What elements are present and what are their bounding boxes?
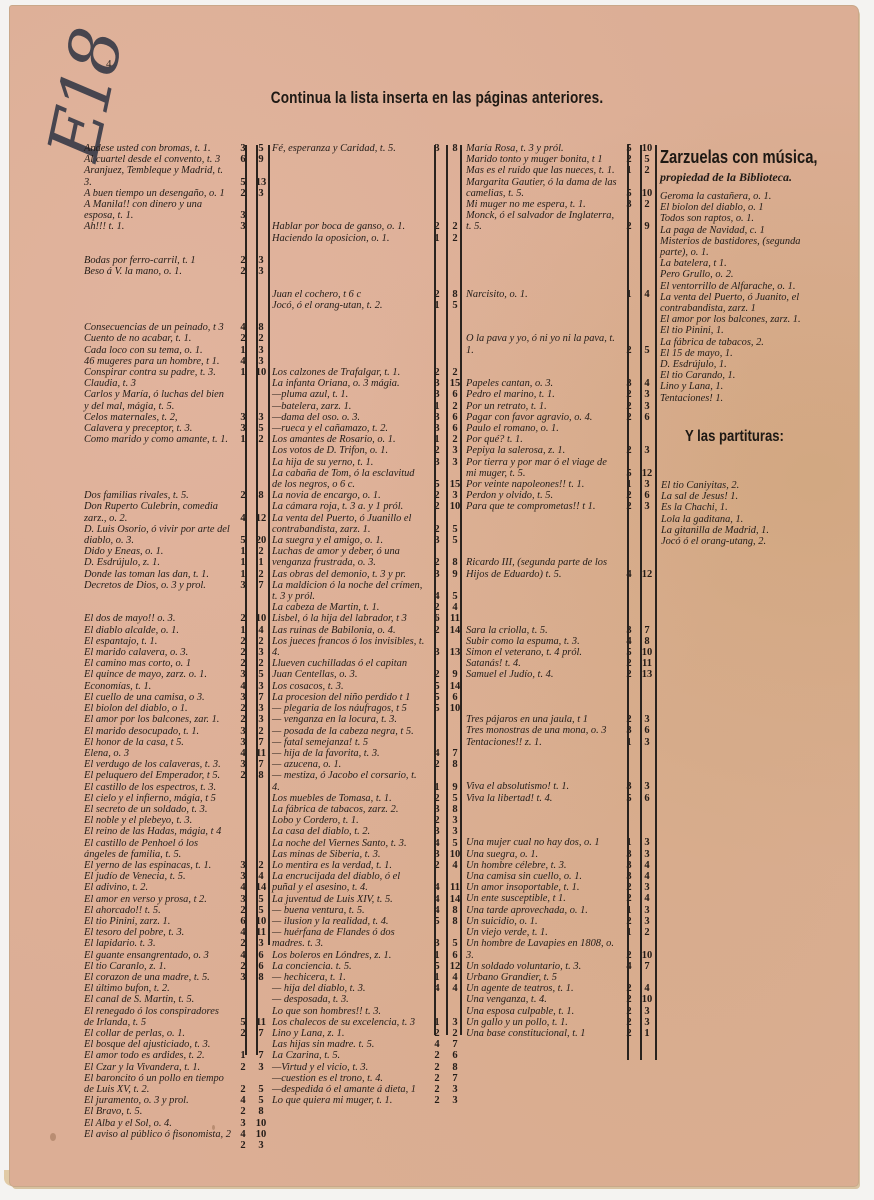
play-title: El tio Caranlo, z. 1. — [84, 961, 234, 972]
count-a: 4 — [428, 905, 446, 916]
count-a: 2 — [234, 255, 252, 266]
count-a: 3 — [234, 972, 252, 983]
play-title: Claudia, t. 3 — [84, 378, 234, 389]
partituras-list: El tio Caniyitas, 2.La sal de Jesus! 1.E… — [661, 480, 830, 547]
count-a: 3 — [234, 894, 252, 905]
count-a: 3 — [620, 860, 638, 871]
count-a: 3 — [234, 692, 252, 703]
play-title: Viva la libertad! t. 4. — [466, 793, 620, 804]
catalog-entry: El camino mas corto, o. 122 — [84, 658, 270, 669]
count-a: 2 — [234, 266, 252, 277]
list-item: El ventorrillo de Alfarache, o. 1. — [660, 281, 830, 292]
count-a: 1 — [428, 950, 446, 961]
catalog-entry: Economías, t. 1.43 — [84, 681, 270, 692]
count-b: 6 — [446, 1050, 464, 1061]
count-b: 10 — [252, 1129, 270, 1140]
count-b: 7 — [446, 1039, 464, 1050]
count-a: 2 — [620, 501, 638, 512]
catalog-entry: El amor por los balcones, zar. 1.23 — [84, 714, 270, 725]
count-a: 5 — [620, 468, 638, 479]
catalog-entry: D. Luis Osorio, ó vivir por arte del dia… — [84, 524, 270, 546]
play-title: Samuel el Judío, t. 4. — [466, 669, 620, 680]
catalog-entry: El Bravo, t. 5.28 — [84, 1106, 270, 1117]
count-a: 2 — [620, 994, 638, 1005]
count-a: 3 — [620, 871, 638, 882]
play-title: —Virtud y el vicio, t. 3. — [272, 1062, 428, 1073]
play-title: El lapidario. t. 3. — [84, 938, 234, 949]
catalog-entry: El cielo y el infierno, mágia, t 5 — [84, 793, 270, 804]
play-title: El peluquero del Emperador, t 5. — [84, 770, 234, 781]
count-b: 11 — [252, 1017, 270, 1028]
play-title: El camino mas corto, o. 1 — [84, 658, 234, 669]
count-a: 3 — [428, 457, 446, 468]
count-a: 2 — [234, 938, 252, 949]
play-title: — mestiza, ó Jacobo el corsario, t. 4. — [272, 770, 428, 792]
count-a: 1 — [234, 1050, 252, 1061]
count-a: 1 — [620, 737, 638, 748]
count-a: 4 — [234, 681, 252, 692]
count-a: 2 — [620, 893, 638, 904]
section-gap — [84, 233, 270, 255]
play-title: La casa del diablo, t. 2. — [272, 826, 428, 837]
count-a: 4 — [428, 838, 446, 849]
column-rule — [245, 145, 247, 1055]
play-title: La infanta Oriana, o. 3 mágia. — [272, 378, 428, 389]
count-a: 1 — [234, 625, 252, 636]
list-item: Jocó ó el orang-utang, 2. — [661, 536, 830, 547]
catalog-entry: El secreto de un soldado, t. 3. — [84, 804, 270, 815]
count-a: 1 — [428, 972, 446, 983]
list-item: El 15 de mayo, 1. — [660, 348, 830, 359]
count-b: 3 — [446, 1095, 464, 1106]
count-a: 4 — [234, 927, 252, 938]
zarzuelas-subheading: propiedad de la Biblioteca. — [660, 170, 830, 185]
column-rule — [640, 145, 642, 1060]
play-title: — hechicera, t. 1. — [272, 972, 428, 983]
play-title: D. Luis Osorio, ó vivir por arte del dia… — [84, 524, 234, 546]
count-a: 2 — [234, 961, 252, 972]
catalog-entry: El tio Pinini, zarz. 1.610 — [84, 916, 270, 927]
play-title: Haciendo la oposicion, o. 1. — [272, 233, 428, 244]
column-rule — [434, 145, 436, 1035]
play-title: Las hijas sin madre. t. 5. — [272, 1039, 428, 1050]
section-gap — [84, 591, 270, 613]
count-a: 1 — [620, 927, 638, 938]
play-title: La juventud de Luis XIV, t. 5. — [272, 894, 428, 905]
play-title: Los votos de D. Trifon, o. 1. — [272, 445, 428, 456]
play-title: Luchas de amor y deber, ó una venganza f… — [272, 546, 428, 568]
play-title: El cielo y el infierno, mágia, t 5 — [84, 793, 234, 804]
play-title: Pagar con favor agravio, o. 4. — [466, 412, 620, 423]
play-title: Mi muger no me espera, t. 1. — [466, 199, 620, 210]
count-a: 6 — [428, 613, 446, 624]
catalog-entry: El judío de Venecia, t. 5.34 — [84, 871, 270, 882]
count-a: 3 — [234, 860, 252, 871]
catalog-entry: Carlos y María, ó luchas del bien y del … — [84, 389, 270, 411]
list-item: El tio Caniyitas, 2. — [661, 480, 830, 491]
play-title: Simon el veterano, t. 4 pról. — [466, 647, 620, 658]
play-title: Lo que quiera mi muger, t. 1. — [272, 1095, 428, 1106]
play-title: Bodas por ferro-carril, t. 1 — [84, 255, 234, 266]
count-a: 2 — [428, 1084, 446, 1095]
play-title: Paulo el romano, o. 1. — [466, 423, 620, 434]
column-rule — [256, 145, 258, 1055]
count-a: 2 — [428, 524, 446, 535]
count-a: 2 — [428, 1028, 446, 1039]
play-title: El castillo de Penhoel ó los ángeles de … — [84, 838, 234, 860]
count-b: 5 — [252, 1084, 270, 1095]
play-title: Aranjuez, Tembleque y Madrid, t. 3. — [84, 165, 234, 187]
catalog-entry: El castillo de Penhoel ó los ángeles de … — [84, 838, 270, 860]
count-a: 3 — [234, 412, 252, 423]
count-a: 2 — [234, 1084, 252, 1095]
count-a: 4 — [428, 983, 446, 994]
count-a: 4 — [234, 356, 252, 367]
count-a: 3 — [234, 423, 252, 434]
count-a: 3 — [428, 938, 446, 949]
catalog-entry: El peluquero del Emperador, t 5.28 — [84, 770, 270, 781]
catalog-entry: —despedida ó el amante á dieta, 123 — [272, 1084, 464, 1095]
play-title: La venta del Puerto, ó Juanillo el contr… — [272, 513, 428, 535]
play-title: El quince de mayo, zarz. o. 1. — [84, 669, 234, 680]
play-title: Mas es el ruido que las nueces, t. 1. — [466, 165, 620, 176]
play-title: —dama del oso. o. 3. — [272, 412, 428, 423]
catalog-entry: Claudia, t. 3 — [84, 378, 270, 389]
play-title: —rueca y el cañamazo, t. 2. — [272, 423, 428, 434]
count-a: 6 — [234, 154, 252, 165]
count-a: 1 — [234, 434, 252, 445]
play-title: D. Esdrújulo, z. 1. — [84, 557, 234, 568]
count-a: 2 — [234, 490, 252, 501]
count-a: 2 — [428, 1095, 446, 1106]
count-a: 5 — [620, 793, 638, 804]
count-a: 1 — [620, 837, 638, 848]
play-title: Tres pájaros en una jaula, t 1 — [466, 714, 620, 725]
count-a: 3 — [234, 871, 252, 882]
catalog-entry: El corazon de una madre, t. 5.38 — [84, 972, 270, 983]
play-title: —despedida ó el amante á dieta, 1 — [272, 1084, 428, 1095]
count-a: 5 — [620, 143, 638, 154]
count-a: 2 — [620, 221, 638, 232]
count-a: 3 — [620, 625, 638, 636]
count-a: 4 — [234, 882, 252, 893]
list-item: La venta del Puerto, ó Juanito, el contr… — [660, 292, 830, 314]
play-title: Subir como la espuma, t. 3. — [466, 636, 620, 647]
count-a: 2 — [234, 1140, 252, 1151]
paper-stain — [212, 1125, 215, 1130]
play-title: El diablo alcalde, o. 1. — [84, 625, 234, 636]
catalog-entry: El biolon del diablo, o 1.23 — [84, 703, 270, 714]
count-a: 4 — [428, 748, 446, 759]
play-title: Consecuencias de un peinado, t 3 — [84, 322, 234, 333]
count-a: 3 — [620, 199, 638, 210]
count-a: 3 — [428, 849, 446, 860]
count-a: 2 — [234, 714, 252, 725]
catalog-entry: El marido calavera, o. 3.23 — [84, 647, 270, 658]
count-a: 3 — [428, 647, 446, 658]
play-title: Monck, ó el salvador de Inglaterra, t. 5… — [466, 210, 620, 232]
catalog-entry: El collar de perlas, o. 1.27 — [84, 1028, 270, 1039]
play-title: El honor de la casa, t 5. — [84, 737, 234, 748]
play-title: Como marido y como amante, t. 1. — [84, 434, 234, 445]
count-a: 1 — [620, 289, 638, 300]
count-a: 1 — [620, 165, 638, 176]
play-title: El espantajo, t. 1. — [84, 636, 234, 647]
count-a: 3 — [620, 725, 638, 736]
count-a: 5 — [428, 479, 446, 490]
list-item: Es la Chachi, 1. — [661, 502, 830, 513]
catalog-entry: D. Esdrújulo, z. 1.11 — [84, 557, 270, 568]
catalog-entry: El juramento, o. 3 y prol.45 — [84, 1095, 270, 1106]
list-item: El amor por los balcones, zarz. 1. — [660, 314, 830, 325]
count-a: 5 — [234, 535, 252, 546]
play-title: Las ruinas de Babilonia, o. 4. — [272, 625, 428, 636]
count-a: 2 — [620, 412, 638, 423]
play-title: El castillo de los espectros, t. 3. — [84, 782, 234, 793]
play-title: Elena, o. 3 — [84, 748, 234, 759]
play-title: El tesoro del pobre, t. 3. — [84, 927, 234, 938]
count-a: 2 — [428, 815, 446, 826]
catalog-entry: Ah!!! t. 1.3 — [84, 221, 270, 232]
count-a: 2 — [620, 983, 638, 994]
catalog-entry: El noble y el plebeyo, t. 3. — [84, 815, 270, 826]
play-title: El biolon del diablo, o 1. — [84, 703, 234, 714]
catalog-entry: El tio Caranlo, z. 1.26 — [84, 961, 270, 972]
count-a: 2 — [428, 557, 446, 568]
play-title: La encrucijada del diablo, ó el puñal y … — [272, 871, 428, 893]
paper-stain — [50, 1133, 56, 1141]
catalog-entry: Dos familias rivales, t. 5.28 — [84, 490, 270, 501]
play-title: La conciencia. t. 5. — [272, 961, 428, 972]
catalog-entry: Al cuartel desde el convento, t. 369 — [84, 154, 270, 165]
play-title: Tentaciones!! z. 1. — [466, 737, 620, 748]
count-a: 2 — [428, 1073, 446, 1084]
count-a: 2 — [620, 658, 638, 669]
column-rule — [268, 145, 270, 945]
catalog-entry: El guante ensangrentado, o. 346 — [84, 950, 270, 961]
play-title: El yerno de las espinacas, t. 1. — [84, 860, 234, 871]
count-a: 2 — [234, 188, 252, 199]
catalog-entry: A buen tiempo un desengaño, o. 123 — [84, 188, 270, 199]
play-title: Lo que son hombres!! t. 3. — [272, 1006, 428, 1017]
play-title: La maldicion ó la noche del crímen, t. 3… — [272, 580, 428, 602]
count-a: 3 — [620, 378, 638, 389]
play-title: La cabeza de Martin, t. 1. — [272, 602, 428, 613]
catalog-column-1: Andese usted con bromas, t. 1.35Al cuart… — [84, 143, 270, 1151]
play-title: — plegaria de los náufragos, t 5 — [272, 703, 428, 714]
play-title: Conspirar contra su padre, t. 3. — [84, 367, 234, 378]
count-a: 3 — [428, 412, 446, 423]
play-title: Ricardo III, (segunda parte de los Hijos… — [466, 557, 620, 579]
count-a: 1 — [428, 300, 446, 311]
play-title: El marido calavera, o. 3. — [84, 647, 234, 658]
play-title: Decretos de Dios, o. 3 y prol. — [84, 580, 234, 591]
count-b: 5 — [252, 1095, 270, 1106]
play-title: —pluma azul, t. 1. — [272, 389, 428, 400]
play-title: Economías, t. 1. — [84, 681, 234, 692]
play-title: Un hombre célebre, t. 3. — [466, 860, 620, 871]
play-title: Narcisito, o. 1. — [466, 289, 620, 300]
play-title: El corazon de una madre, t. 5. — [84, 972, 234, 983]
play-title: Ah!!! t. 1. — [84, 221, 234, 232]
list-item: La batelera, t 1. — [660, 258, 830, 269]
play-title: — venganza en la locura, t. 3. — [272, 714, 428, 725]
count-a: 4 — [428, 591, 446, 602]
catalog-entry: El yerno de las espinacas, t. 1.32 — [84, 860, 270, 871]
count-b: 3 — [252, 1140, 270, 1151]
play-title: Por veinte napoleones!! t. 1. — [466, 479, 620, 490]
play-title: La procesion del niño perdido t 1 — [272, 692, 428, 703]
count-a: 2 — [428, 445, 446, 456]
catalog-entry: La Czarina, t. 5.26 — [272, 1050, 464, 1061]
count-a: 4 — [428, 1039, 446, 1050]
play-title: Los muebles de Tomasa, t. 1. — [272, 793, 428, 804]
catalog-entry: Beso á V. la mano, o. 1.23 — [84, 266, 270, 277]
count-a: 2 — [428, 759, 446, 770]
play-title: Cuento de no acabar, t. 1. — [84, 333, 234, 344]
play-title: El verdugo de los calaveras, t. 3. — [84, 759, 234, 770]
count-a: 3 — [234, 737, 252, 748]
catalog-entry: El marido desocupado, t. 1.32 — [84, 726, 270, 737]
count-a: 3 — [428, 378, 446, 389]
catalog-entry: El quince de mayo, zarz. o. 1.35 — [84, 669, 270, 680]
count-a: 2 — [620, 154, 638, 165]
count-a: 1 — [620, 905, 638, 916]
count-a: 3 — [428, 389, 446, 400]
catalog-entry: Celos maternales, t. 2,33 — [84, 412, 270, 423]
play-title: El reino de las Hadas, mágia, t 4 — [84, 826, 234, 837]
count-b: 3 — [252, 1062, 270, 1073]
list-item: Tentaciones! 1. — [660, 393, 830, 404]
catalog-entry: El reino de las Hadas, mágia, t 4 — [84, 826, 270, 837]
count-a: 2 — [234, 1106, 252, 1117]
play-title: —batelera, zarz. 1. — [272, 401, 428, 412]
play-title: Los boleros en Lóndres, z. 1. — [272, 950, 428, 961]
count-a: 3 — [234, 143, 252, 154]
play-title: Don Ruperto Culebrin, comedia zarz., o. … — [84, 501, 234, 523]
count-a: 2 — [620, 916, 638, 927]
count-a: 3 — [234, 669, 252, 680]
catalog-entry: El Czar y la Vivandera, t. 1.23 — [84, 1062, 270, 1073]
count-a: 2 — [620, 882, 638, 893]
play-title: El amor por los balcones, zar. 1. — [84, 714, 234, 725]
count-a: 6 — [234, 916, 252, 927]
count-b: 8 — [446, 1062, 464, 1073]
catalog-entry: El lapidario. t. 3.23 — [84, 938, 270, 949]
count-a: 5 — [620, 188, 638, 199]
list-item: El biolon del diablo, o. 1 — [660, 202, 830, 213]
list-item: La sal de Jesus! 1. — [661, 491, 830, 502]
play-title: La novia de encargo, o. 1. — [272, 490, 428, 501]
play-title: Hablar por boca de ganso, o. 1. — [272, 221, 428, 232]
catalog-entry: El espantajo, t. 1.22 — [84, 636, 270, 647]
play-title: El guante ensangrentado, o. 3 — [84, 950, 234, 961]
play-title: Sara la criolla, t. 5. — [466, 625, 620, 636]
catalog-entry: 46 mugeres para un hombre, t 1.43 — [84, 356, 270, 367]
list-item: El tio Carando, 1. — [660, 370, 830, 381]
count-a: 1 — [428, 782, 446, 793]
play-title: El Bravo, t. 5. — [84, 1106, 234, 1117]
play-title: — hija del diablo, t. 3. — [272, 983, 428, 994]
count-a: 3 — [428, 804, 446, 815]
play-title: Satanás! t. 4. — [466, 658, 620, 669]
play-title: El collar de perlas, o. 1. — [84, 1028, 234, 1039]
count-a: 4 — [234, 513, 252, 524]
play-title: Llueven cuchilladas ó el capitan Juan Ce… — [272, 658, 428, 680]
count-a: 3 — [234, 221, 252, 232]
play-title: El juramento, o. 3 y prol. — [84, 1095, 234, 1106]
count-a: 4 — [428, 882, 446, 893]
play-title: La cabaña de Tom, ó la esclavitud de los… — [272, 468, 428, 490]
count-a: 1 — [234, 557, 252, 568]
catalog-entry: Elena, o. 3411 — [84, 748, 270, 759]
count-a: 1 — [428, 434, 446, 445]
catalog-entry: El bosque del ajusticiado, t. 3. — [84, 1039, 270, 1050]
count-a: 5 — [428, 681, 446, 692]
list-item: Pero Grullo, o. 2. — [660, 269, 830, 280]
play-title: El renegado ó los conspiradores de Irlan… — [84, 1006, 234, 1028]
count-a: 2 — [234, 658, 252, 669]
page-title: Continua la lista inserta en las páginas… — [87, 88, 786, 108]
play-title: El amor todo es ardides, t. 2. — [84, 1050, 234, 1061]
count-b: 6 — [252, 961, 270, 972]
count-a: 1 — [234, 546, 252, 557]
count-a: 2 — [428, 289, 446, 300]
partituras-heading: Y las partituras: — [685, 428, 804, 446]
count-a: 3 — [620, 781, 638, 792]
catalog-entry: El adivino, t. 2.414 — [84, 882, 270, 893]
section-gap — [84, 277, 270, 322]
play-title: Los cosacos, t. 3. — [272, 681, 428, 692]
play-title: El noble y el plebeyo, t. 3. — [84, 815, 234, 826]
catalog-entry: El renegado ó los conspiradores de Irlan… — [84, 1006, 270, 1028]
count-a: 2 — [620, 389, 638, 400]
play-title: —cuestion es el trono, t. 4. — [272, 1073, 428, 1084]
play-title: Andese usted con bromas, t. 1. — [84, 143, 234, 154]
play-title: La noche del Viernes Santo, t. 3. — [272, 838, 428, 849]
play-title: Para que te comprometas!! t 1. — [466, 501, 620, 512]
count-a: 2 — [620, 950, 638, 961]
catalog-entry: El Alba y el Sol, o. 4.310 — [84, 1118, 270, 1129]
column-rule — [460, 145, 462, 1035]
play-title: Marido tonto y muger bonita, t 1 — [466, 154, 620, 165]
play-title: Una tarde aprovechada, o. 1. — [466, 905, 620, 916]
play-title: Por tierra y por mar ó el viage de mi mu… — [466, 457, 620, 479]
catalog-entry: El baroncito ó un pollo en tiempo de Lui… — [84, 1073, 270, 1095]
play-title: Dido y Eneas, o. 1. — [84, 546, 234, 557]
count-a: 4 — [428, 894, 446, 905]
count-a: 5 — [428, 703, 446, 714]
play-title: El Czar y la Vivandera, t. 1. — [84, 1062, 234, 1073]
count-a: 3 — [234, 726, 252, 737]
count-b: 8 — [252, 972, 270, 983]
play-title: — hija de la favorita, t. 3. — [272, 748, 428, 759]
count-a: 4 — [234, 748, 252, 759]
play-title: Margarita Gautier, ó la dama de las came… — [466, 177, 620, 199]
play-title: Tres monostras de una mona, o. 3 — [466, 725, 620, 736]
play-title: El amor en verso y prosa, t 2. — [84, 894, 234, 905]
play-title: Una camisa sin cuello, o. 1. — [466, 871, 620, 882]
play-title: — ilusion y la realidad, t. 4. — [272, 916, 428, 927]
play-title: Los amantes de Rosario, o. 1. — [272, 434, 428, 445]
play-title: Perdon y olvido, t. 5. — [466, 490, 620, 501]
catalog-entry: El último bufon, t. 2. — [84, 983, 270, 994]
play-title: Una esposa culpable, t. 1. — [466, 1006, 620, 1017]
play-title: Las obras del demonio, t. 3 y pr. — [272, 569, 428, 580]
catalog-entry: 23 — [84, 1140, 270, 1151]
play-title: Lino y Lana, z. 1. — [272, 1028, 428, 1039]
play-title: Jocó, ó el orang-utan, t. 2. — [272, 300, 428, 311]
